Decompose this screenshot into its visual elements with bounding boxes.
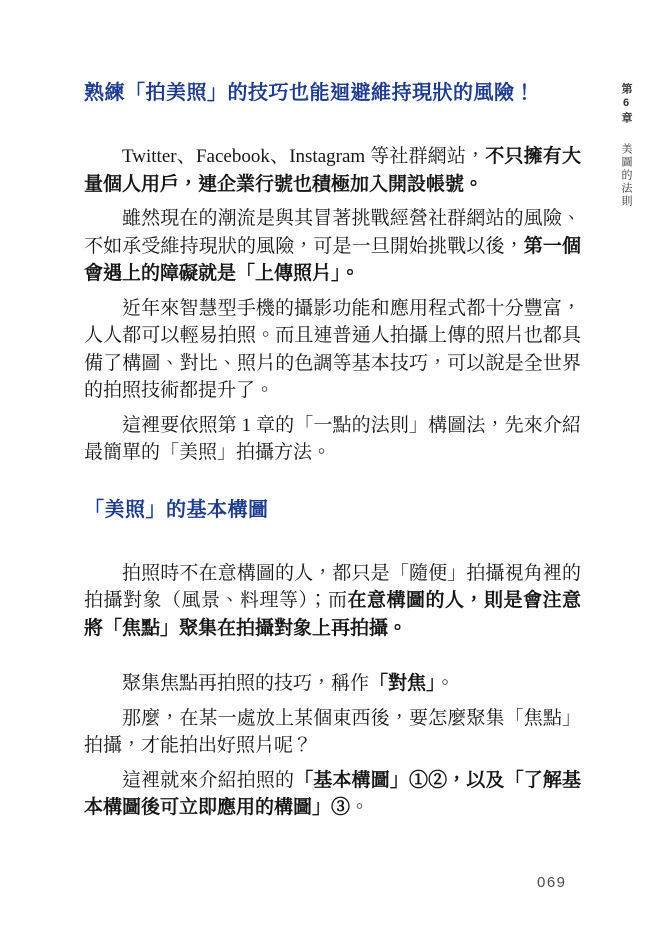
page-number: 069	[537, 874, 567, 891]
text-run: 。	[350, 797, 369, 818]
text-run: 聚集焦點再拍照的技巧，稱作	[122, 673, 369, 694]
document-body: 熟練「拍美照」的技巧也能迴避維持現狀的風險！Twitter、Facebook、I…	[84, 80, 581, 829]
paragraph-focus-definition: 聚集焦點再拍照的技巧，稱作「對焦」。	[84, 670, 581, 698]
paragraph-sns-accounts: Twitter、Facebook、Instagram 等社群網站，不只擁有大量個…	[84, 143, 581, 198]
paragraph-smartphone-photo: 近年來智慧型手機的攝影功能和應用程式都十分豐富，人人都可以輕易拍照。而且連普通人…	[84, 295, 581, 405]
text-run: 近年來智慧型手機的攝影功能和應用程式都十分豐富，人人都可以輕易拍照。而且連普通人…	[84, 298, 581, 402]
text-run: 熟練「拍美照」的技巧也能迴避維持現狀的風險！	[84, 82, 535, 104]
text-run: 「對焦」	[369, 673, 436, 694]
text-run: 「美照」的基本構圖	[84, 499, 269, 521]
section-heading-risk: 熟練「拍美照」的技巧也能迴避維持現狀的風險！	[84, 80, 581, 107]
paragraph-intro-compositions: 這裡就來介紹拍照的「基本構圖」①②，以及「了解基本構圖後可立即應用的構圖」③。	[84, 767, 581, 822]
chapter-number-label: 第6章	[620, 83, 632, 126]
text-run: 雖然現在的潮流是與其冒著挑戰經營社群網站的風險、不如承受維持現狀的風險，可是一旦…	[84, 208, 581, 257]
paragraph-challenge-risk: 雖然現在的潮流是與其冒著挑戰經營社群網站的風險、不如承受維持現狀的風險，可是一旦…	[84, 205, 581, 288]
text-run: 這裡要依照第 1 章的「一點的法則」構圖法，先來介紹最簡單的「美照」拍攝方法。	[84, 415, 581, 464]
text-run: 這裡就來介紹拍照的	[122, 770, 294, 791]
text-run: 那麼，在某一處放上某個東西後，要怎麼聚集「焦點」拍攝，才能拍出好照片呢？	[84, 708, 581, 757]
chapter-title-label: 美圖的法則	[620, 143, 632, 208]
paragraph-focus-question: 那麼，在某一處放上某個東西後，要怎麼聚集「焦點」拍攝，才能拍出好照片呢？	[84, 705, 581, 760]
text-run: Twitter、Facebook、Instagram 等社群網站，	[122, 146, 485, 167]
book-page: 第6章美圖的法則 熟練「拍美照」的技巧也能迴避維持現狀的風險！Twitter、F…	[0, 0, 663, 932]
section-heading-basic-composition: 「美照」的基本構圖	[84, 497, 581, 524]
chapter-marker: 第6章美圖的法則	[618, 83, 634, 208]
paragraph-one-point-rule: 這裡要依照第 1 章的「一點的法則」構圖法，先來介紹最簡單的「美照」拍攝方法。	[84, 412, 581, 467]
text-run: 。	[436, 673, 455, 694]
paragraph-composition-awareness: 拍照時不在意構圖的人，都只是「隨便」拍攝視角裡的拍攝對象（風景、料理等）；而在意…	[84, 560, 581, 643]
